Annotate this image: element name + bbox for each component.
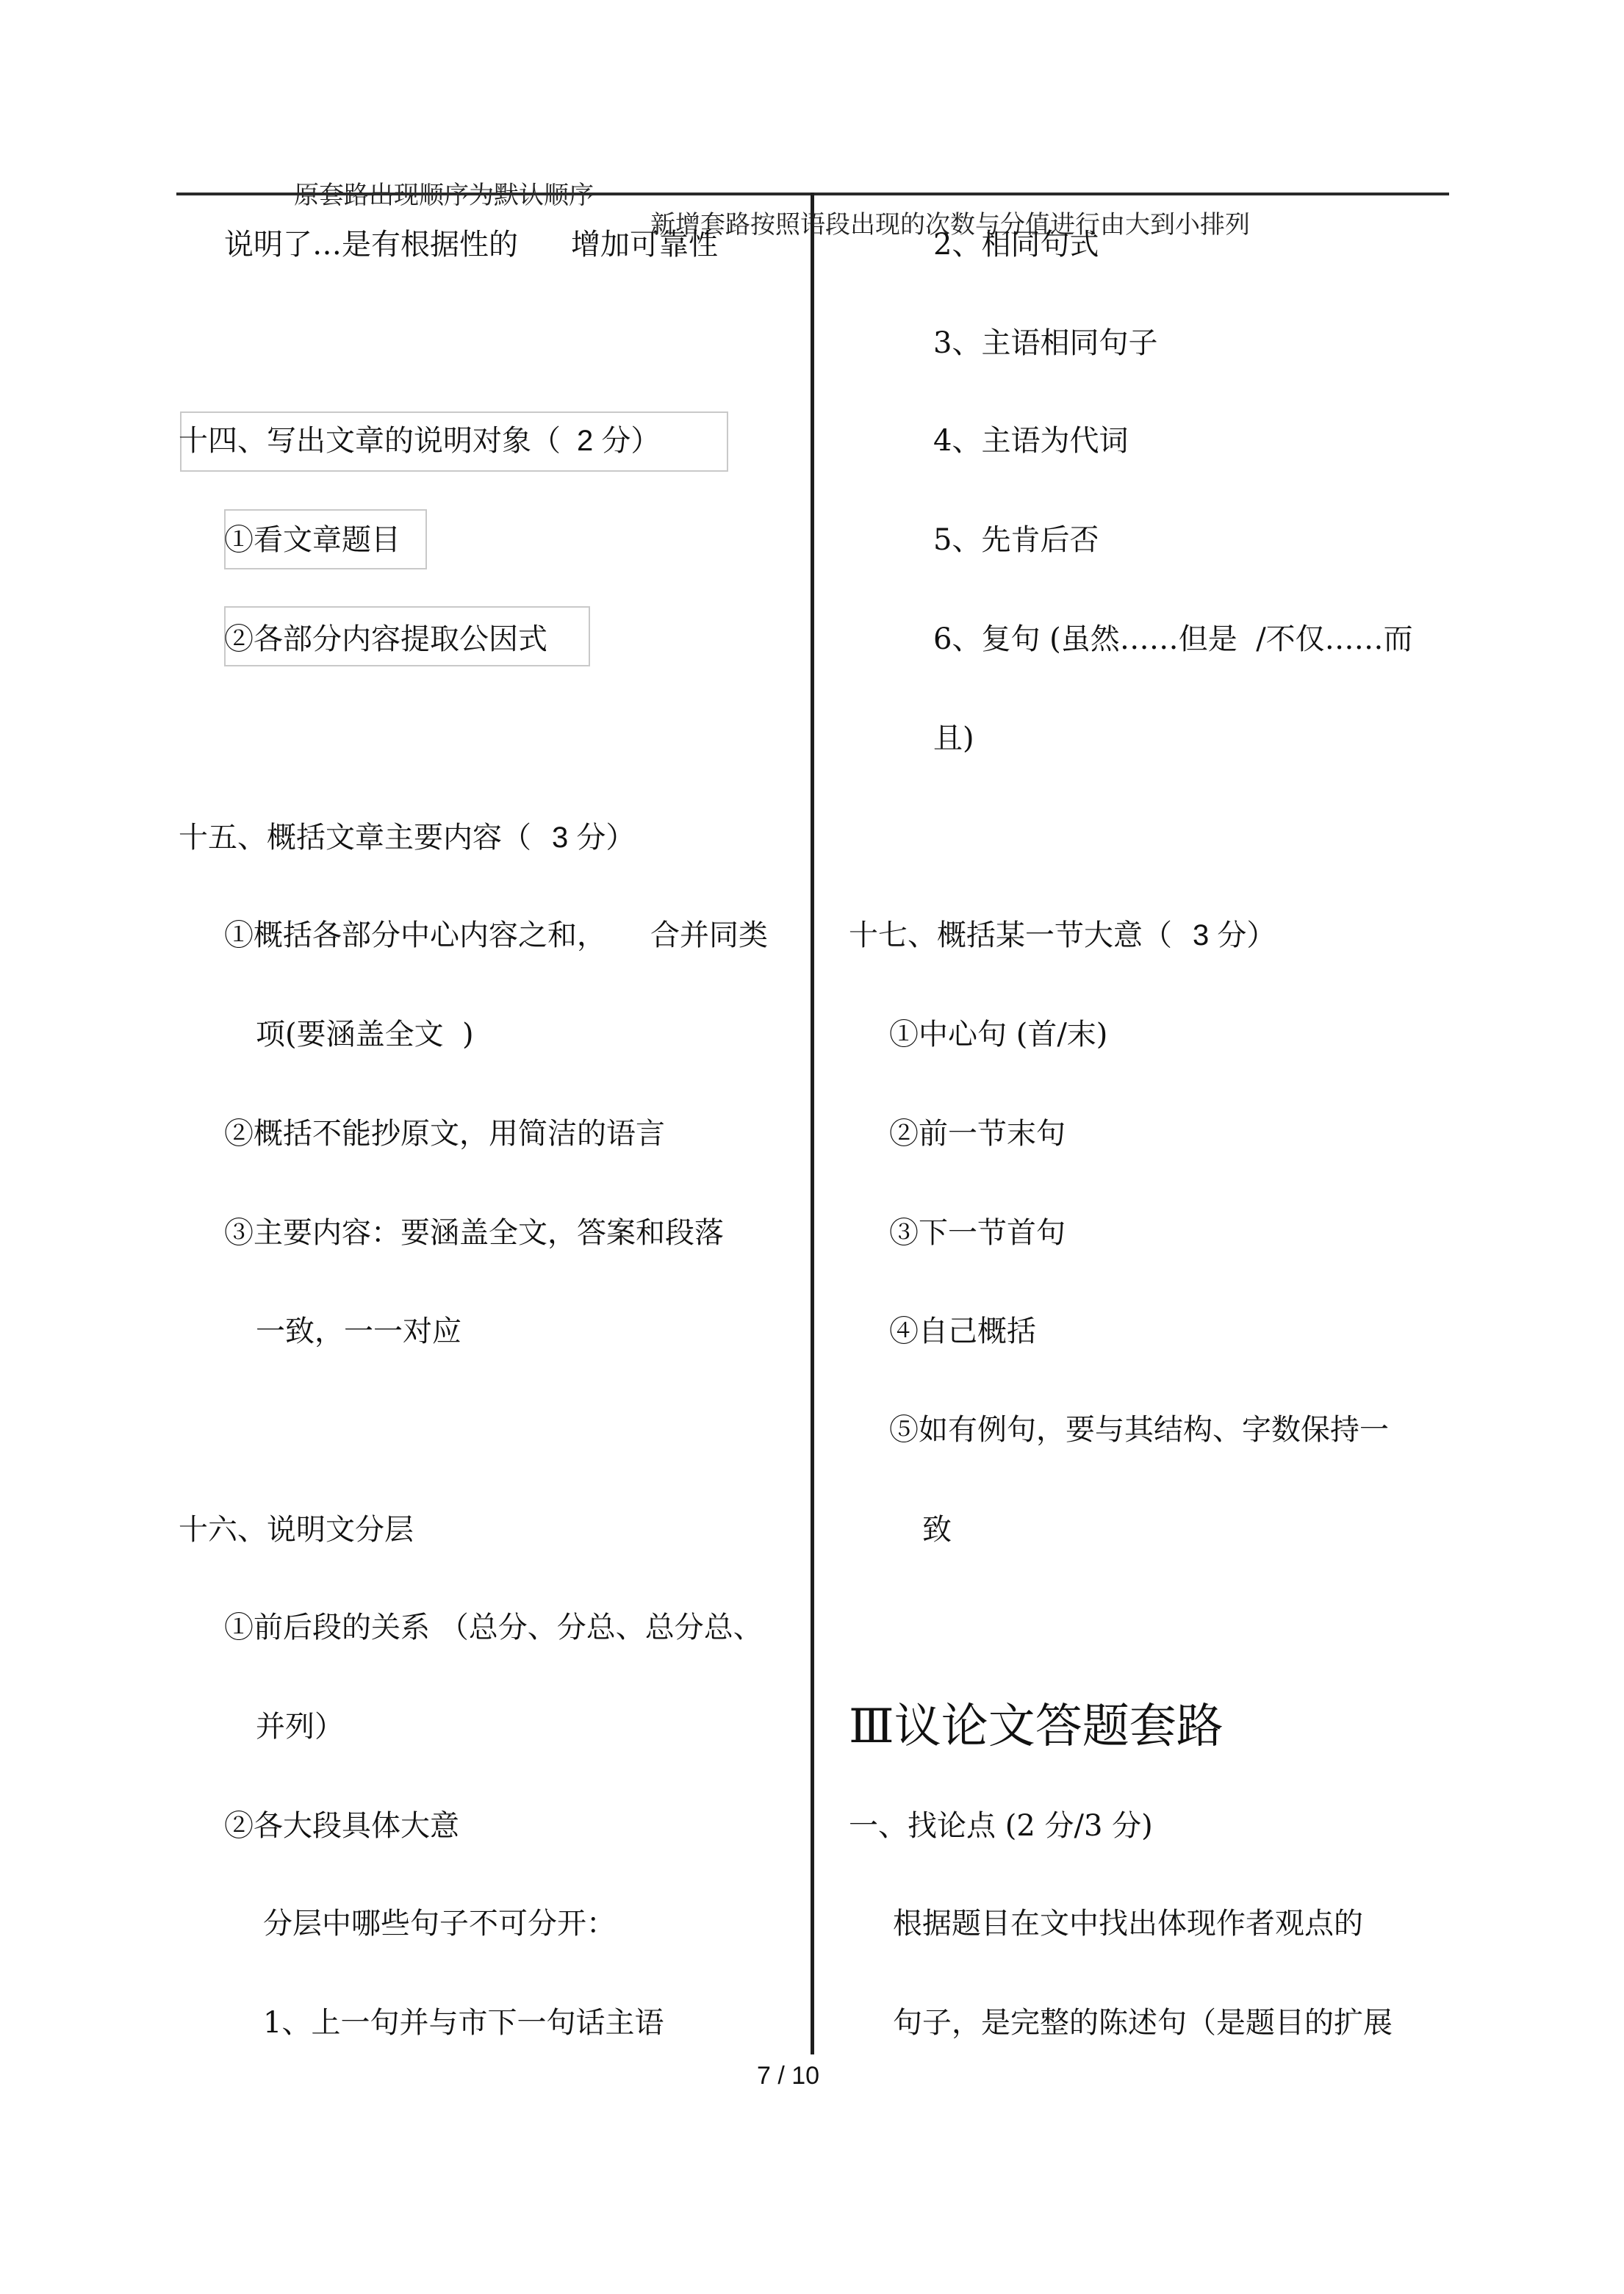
section3-q1-title: 一、找论点 (2 分/3 分) <box>849 1808 1153 1844</box>
list-item-6: 6、复句 (虽然……但是 /不仅……而 <box>933 622 1413 657</box>
q15-item3-cont: 一致，一一对应 <box>256 1314 461 1349</box>
list-item-4: 4、主语为代词 <box>933 423 1128 459</box>
q17-item5: ⑤如有例句，要与其结构、字数保持一 <box>889 1412 1389 1448</box>
q16-sub-item1: 1、上一句并与市下一句话主语 <box>263 2005 664 2040</box>
column-divider <box>811 193 814 2054</box>
list-item-6-cont: 且) <box>933 721 974 756</box>
q16-item2: ②各大段具体大意 <box>224 1808 459 1844</box>
q17-item3: ③下一节首句 <box>889 1215 1066 1251</box>
q17-item4: ④自己概括 <box>889 1314 1036 1349</box>
section3-q1-line1: 根据题目在文中找出体现作者观点的 <box>893 1906 1363 1941</box>
q15-title-text: 十五、概括文章主要内容（ <box>179 821 531 855</box>
list-item-5: 5、先肯后否 <box>933 522 1099 558</box>
q17-title-text: 十七、概括某一节大意（ <box>849 918 1172 952</box>
q15-item1: ①概括各部分中心内容之和， <box>224 918 606 953</box>
q15-item1-tail: 合并同类 <box>650 918 768 953</box>
section3-q1-line2: 句子，是完整的陈述句（是题目的扩展 <box>893 2005 1393 2040</box>
q14-title-text: 十四、写出文章的说明对象（ <box>179 424 561 458</box>
document-page: 原套路出现顺序为默认顺序 新增套路按照语段出现的次数与分值进行由大到小排列 说明… <box>0 0 1624 2294</box>
q15-item2: ②概括不能抄原文，用简洁的语言 <box>224 1116 665 1151</box>
q17-score: 3 分） <box>1193 919 1276 952</box>
intro-line: 说明了…是有根据性的 <box>224 227 518 262</box>
q14-score: 2 分） <box>577 425 660 457</box>
q16-title: 十六、说明文分层 <box>179 1512 414 1547</box>
list-item-2: 2、相同句式 <box>933 227 1099 262</box>
q16-sub-heading: 分层中哪些句子不可分开： <box>263 1906 616 1941</box>
q15-item1-cont: 项(要涵盖全文 ) <box>256 1017 474 1052</box>
q15-title: 十五、概括文章主要内容（3 分） <box>179 820 635 855</box>
q15-score: 3 分） <box>552 821 635 854</box>
intro-line-tail: 增加可靠性 <box>571 227 718 262</box>
list-item-3: 3、主语相同句子 <box>933 326 1157 361</box>
q17-item5-cont: 致 <box>922 1512 952 1547</box>
q17-item1: ①中心句 (首/末) <box>889 1017 1107 1052</box>
q17-title: 十七、概括某一节大意（3 分） <box>849 918 1276 953</box>
q14-title: 十四、写出文章的说明对象（2 分） <box>179 423 660 459</box>
page-number: 7 / 10 <box>757 2062 819 2090</box>
q16-item1: ①前后段的关系 （总分、分总、总分总、 <box>224 1610 763 1645</box>
q14-item1: ①看文章题目 <box>224 522 400 558</box>
q17-item2: ②前一节末句 <box>889 1116 1066 1151</box>
section3-title: Ⅲ议论文答题套路 <box>849 1700 1224 1753</box>
q16-item1-cont: 并列） <box>256 1709 344 1744</box>
q15-item3: ③主要内容：要涵盖全文，答案和段落 <box>224 1215 724 1251</box>
q14-item2: ②各部分内容提取公因式 <box>224 622 547 657</box>
